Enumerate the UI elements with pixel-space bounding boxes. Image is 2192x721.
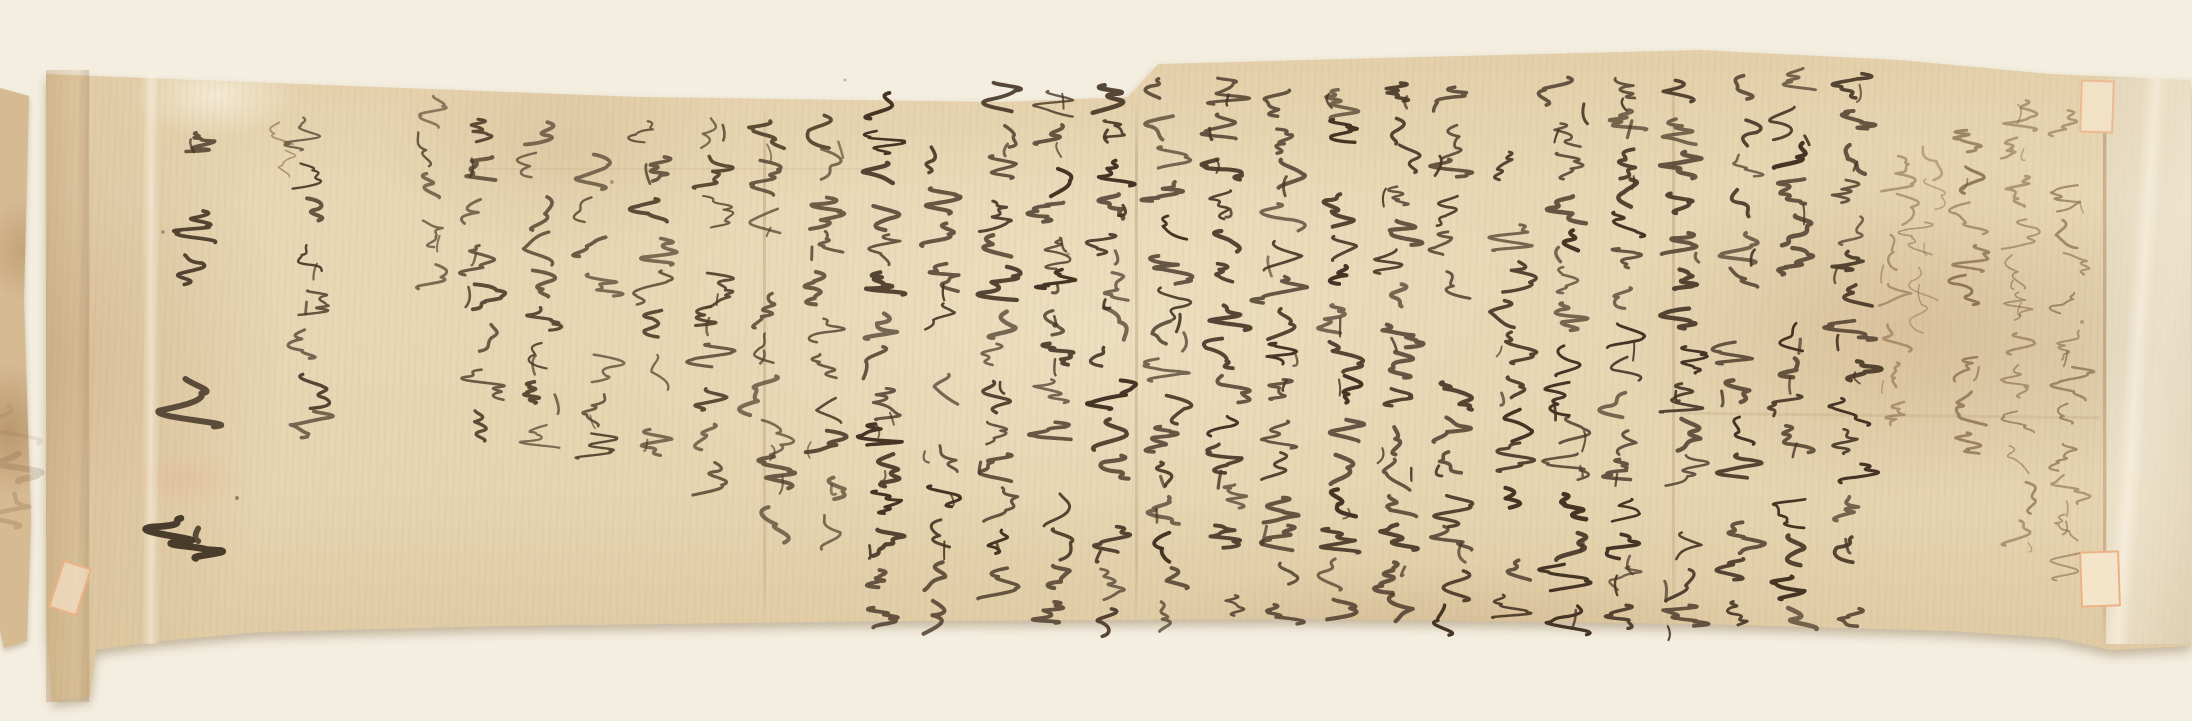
calligraphy-column [1027,91,1075,623]
brush-stroke [1771,577,1804,600]
brush-stroke [1778,179,1805,204]
brush-stroke [1383,459,1409,490]
brush-stroke [1608,324,1645,348]
brush-stroke [1712,342,1752,364]
brush-stroke [1052,529,1072,560]
brush-stroke [1162,216,1186,239]
brush-stroke [1539,564,1591,591]
brush-stroke [864,131,905,154]
brush-stroke [1834,497,1859,521]
brush-stroke [980,454,1012,481]
brush-stroke [1556,153,1583,179]
brush-tick [1554,402,1556,420]
brush-stroke [1617,431,1636,455]
brush-stroke [1145,427,1177,452]
brush-stroke [751,160,781,195]
brush-stroke [1847,361,1881,380]
brush-stroke [1619,149,1635,178]
calligraphy-column [460,119,506,441]
brush-stroke [573,237,606,256]
brush-stroke [1768,395,1802,416]
signature-column [146,379,223,558]
brush-stroke [418,132,431,166]
brush-stroke [2001,365,2028,398]
brush-stroke [1208,78,1250,104]
brush-stroke [739,376,778,415]
brush-stroke [1279,563,1297,584]
brush-stroke [1953,245,1989,271]
brush-stroke [1434,496,1473,527]
calligraphy-column [1251,90,1307,624]
brush-stroke [805,272,825,305]
brush-stroke [1507,560,1530,580]
brush-stroke [1269,380,1292,400]
brush-stroke [2057,331,2079,360]
brush-stroke [1251,277,1307,303]
brush-stroke [867,570,886,587]
brush-stroke [471,119,492,142]
brush-stroke [1726,380,1750,402]
brush-stroke [1261,421,1297,448]
brush-stroke [1886,402,1904,425]
brush-stroke [1216,264,1233,282]
brush-stroke [1380,525,1417,550]
brush-stroke [1660,309,1695,329]
brush-stroke [1034,380,1069,403]
brush-tick [1622,99,1627,111]
brush-stroke [982,344,1003,365]
brush-stroke [1437,196,1458,226]
brush-stroke [1264,498,1299,523]
brush-stroke [1717,454,1762,478]
brush-stroke [703,196,733,228]
brush-stroke [1048,566,1070,588]
ink-speck [161,230,164,233]
brush-tick [1436,466,1442,476]
brush-stroke [931,520,949,547]
brush-stroke [986,422,1007,444]
calligraphy-column [921,147,961,634]
brush-stroke [1666,455,1709,485]
brush-stroke [806,431,847,453]
brush-stroke [1210,191,1231,220]
ink-speck [610,180,614,184]
brush-tick [838,142,843,158]
brush-stroke [1261,204,1305,231]
brush-tick [1339,380,1340,396]
brush-stroke [693,463,727,496]
brush-stroke [2006,176,2030,206]
brush-stroke [0,406,41,444]
brush-stroke [1090,347,1103,366]
brush-stroke [940,446,957,472]
brush-stroke [873,530,904,556]
brush-stroke [1788,608,1816,629]
brush-tick [1882,381,1884,393]
brush-tick [1633,342,1634,361]
brush-stroke [1145,79,1159,98]
ink-speck [2080,320,2084,324]
brush-tick [1615,576,1617,595]
brush-stroke [821,149,841,179]
brush-tick [1054,316,1056,326]
brush-stroke [423,221,443,248]
brush-stroke [583,395,605,427]
brush-stroke [1842,111,1876,129]
brush-stroke [1556,346,1581,376]
brush-stroke [1506,332,1537,364]
brush-stroke [2001,138,2017,159]
brush-tick [767,144,771,161]
brush-stroke [1497,443,1535,472]
calligraphy-column [628,121,677,455]
brush-stroke [1783,68,1815,89]
brush-stroke [2005,255,2025,288]
brush-stroke [1743,120,1761,146]
brush-stroke [1224,485,1247,509]
brush-stroke [1732,190,1749,217]
brush-tick [1000,382,1004,393]
brush-stroke [989,156,1016,179]
brush-stroke [1034,125,1063,144]
brush-tick [646,165,650,184]
brush-stroke [926,188,961,213]
brush-tick [706,318,709,335]
brush-stroke [1489,225,1532,251]
brush-tick [1881,265,1883,282]
brush-stroke [873,206,899,230]
brush-stroke [812,354,837,378]
date-column [174,133,216,285]
brush-stroke [869,235,901,265]
brush-stroke [473,284,506,309]
brush-tick [1096,551,1100,562]
brush-stroke [701,118,716,148]
brush-stroke [1824,321,1876,340]
brush-stroke [2058,404,2073,424]
brush-tick [437,236,440,252]
brush-stroke [984,488,1018,522]
brush-stroke [574,197,592,222]
brush-stroke [1431,526,1472,550]
brush-stroke [1093,85,1123,113]
brush-stroke [687,344,735,367]
brush-stroke [533,270,555,296]
brush-stroke [863,347,886,379]
brush-stroke [1217,376,1250,403]
brush-stroke [866,272,905,294]
brush-tick [2067,501,2068,516]
brush-stroke [1832,180,1859,203]
calligraphy-column-short [416,96,446,289]
brush-stroke [1214,231,1240,252]
brush-tick [1115,251,1118,264]
brush-stroke [2026,482,2036,513]
brush-stroke [1506,488,1521,508]
brush-stroke [1434,87,1467,111]
brush-tick [1722,391,1723,406]
brush-stroke [1605,605,1632,628]
brush-stroke [1343,376,1361,403]
brush-stroke [1029,422,1071,439]
calligraphy-column [1429,87,1473,635]
brush-stroke [762,420,794,455]
brush-stroke [924,601,945,634]
calligraphy-column [1660,80,1709,640]
brush-stroke [1663,605,1709,626]
brush-stroke [586,274,623,296]
brush-tick [195,528,198,541]
brush-stroke [1033,91,1073,117]
brush-stroke [1547,196,1586,223]
brush-tick [1405,97,1407,109]
brush-stroke [926,147,935,173]
brush-stroke [1730,268,1757,287]
calligraphy-column [1538,77,1591,634]
calligraphy-column [805,115,847,549]
brush-stroke [1144,359,1189,382]
brush-stroke [2002,411,2035,432]
brush-stroke [1327,600,1356,620]
brush-stroke [299,291,329,315]
brush-stroke [1035,270,1075,289]
brush-stroke [1888,235,1896,270]
brush-stroke [1045,238,1070,269]
brush-stroke [1331,489,1356,516]
calligraphy-column [739,121,795,542]
brush-stroke [816,398,841,423]
brush-stroke [641,238,677,265]
brush-stroke [1954,357,1977,381]
brush-stroke [1321,529,1360,553]
brush-tick [760,351,764,364]
brush-stroke [1909,267,1938,300]
brush-stroke [576,155,610,190]
brush-stroke [1879,284,1911,306]
brush-stroke [1389,595,1413,621]
brush-stroke [1910,305,1927,333]
brush-stroke [1614,288,1632,309]
brush-stroke [1267,343,1297,364]
brush-stroke [1051,169,1072,197]
calligraphy-column [1201,78,1250,616]
brush-stroke [0,494,29,527]
brush-stroke [0,454,41,482]
brush-tick [1062,94,1063,109]
brush-stroke [1783,426,1814,453]
brush-tick [869,546,870,559]
brush-stroke [1613,212,1645,237]
brush-stroke [1391,284,1407,306]
calligraphy-ink-layer [0,0,2192,721]
brush-stroke [695,389,727,410]
brush-stroke [1154,533,1169,562]
brush-tick [1695,253,1698,262]
brush-stroke [1433,418,1471,442]
brush-stroke [1492,595,1531,618]
brush-stroke [924,562,945,590]
brush-stroke [1033,602,1064,623]
calligraphy-column-faded [2049,110,2094,580]
calligraphy-column [1489,152,1537,618]
brush-stroke [695,424,717,449]
brush-stroke [1330,120,1357,143]
brush-stroke [1027,203,1063,222]
brush-stroke [2002,219,2040,249]
brush-stroke [1778,248,1813,275]
brush-stroke [1202,160,1242,180]
brush-stroke [1606,534,1639,558]
brush-stroke [2007,333,2035,354]
brush-stroke [1733,155,1763,176]
brush-stroke [1770,107,1795,140]
brush-tick [1004,144,1008,156]
calligraphy-column [687,118,735,495]
fragment-ink-trace [0,406,41,528]
brush-stroke [1839,217,1863,245]
calligraphy-column [858,93,906,628]
brush-stroke [1949,203,1987,235]
brush-tick [1572,610,1576,629]
brush-stroke [1104,308,1127,340]
brush-stroke [979,201,1011,231]
brush-stroke [1087,380,1136,409]
brush-tick [1282,380,1286,391]
brush-stroke [2004,292,2033,320]
brush-stroke [1226,595,1245,615]
brush-tick [881,471,886,482]
brush-stroke [1954,130,1982,152]
brush-tick [1378,448,1384,463]
calligraphy-column-faded [2001,100,2040,552]
brush-stroke [1167,396,1192,424]
brush-stroke [1330,342,1364,372]
brush-stroke [525,122,554,144]
brush-tick [472,254,476,265]
brush-stroke [1201,114,1236,139]
brush-stroke [1167,568,1188,588]
brush-stroke [1330,266,1347,284]
brush-stroke [1773,499,1805,528]
brush-stroke [1897,194,1919,225]
brush-stroke [753,293,775,328]
brush-stroke [872,491,902,514]
brush-stroke [2051,367,2095,400]
brush-tick [2080,201,2084,213]
calligraphy-column-faded [1949,130,1989,453]
brush-stroke [1141,182,1183,201]
calligraphy-column [1374,83,1423,621]
brush-tick [1056,143,1061,157]
brush-stroke [650,157,670,181]
brush-stroke [460,246,495,276]
brush-stroke [1332,236,1356,260]
brush-stroke [1676,533,1701,560]
brush-stroke [293,163,321,188]
brush-stroke [925,304,954,330]
brush-stroke [1881,156,1915,191]
brush-stroke [307,198,322,220]
brush-stroke [1564,230,1578,250]
brush-stroke [576,433,618,458]
brush-tick [1918,285,1921,305]
brush-stroke [1612,499,1640,521]
brush-stroke [927,486,960,507]
brush-tick [1627,121,1632,138]
brush-stroke [1612,249,1641,268]
brush-stroke [1267,605,1305,624]
brush-stroke [1383,325,1424,348]
brush-stroke [821,515,840,549]
brush-stroke [1097,609,1116,636]
brush-stroke [2051,475,2090,504]
brush-stroke [934,374,958,404]
brush-stroke [1663,80,1694,101]
brush-tick [1789,378,1790,394]
calligraphy-column [1086,85,1136,636]
brush-stroke [1956,392,1986,425]
brush-stroke [1384,389,1412,406]
brush-tick [1054,359,1055,375]
brush-stroke [1434,605,1453,635]
brush-stroke [480,325,498,352]
brush-stroke [693,156,733,188]
brush-stroke [696,307,716,326]
brush-stroke [520,425,560,448]
brush-tick [1217,160,1219,173]
brush-stroke [1839,609,1864,627]
brush-stroke [531,197,552,230]
brush-tick [1161,477,1165,487]
brush-stroke [644,310,662,337]
brush-stroke [1844,285,1872,306]
brush-tick [2011,280,2013,289]
brush-tick [1554,130,1558,142]
brush-stroke [2049,444,2076,471]
brush-tick [1177,314,1181,331]
brush-stroke [1660,152,1701,178]
brush-stroke [1443,125,1462,158]
brush-stroke [2064,253,2089,275]
brush-stroke [1716,559,1743,580]
brush-stroke [807,115,831,148]
brush-stroke [1101,569,1125,600]
brush-stroke [641,429,671,455]
brush-stroke [1835,537,1853,562]
brush-stroke [630,199,667,222]
brush-stroke [1833,429,1858,453]
brush-stroke [1399,145,1420,173]
brush-stroke [1440,452,1462,473]
brush-stroke [1490,301,1514,328]
brush-stroke [1390,352,1413,377]
brush-stroke [2050,553,2079,580]
brush-stroke [819,231,843,252]
brush-tick [1501,393,1504,405]
brush-stroke [921,223,954,246]
brush-stroke [158,379,221,427]
brush-stroke [1663,119,1696,144]
brush-stroke [2051,185,2080,211]
brush-stroke [983,235,1011,257]
brush-stroke [1429,232,1452,255]
brush-stroke [1150,256,1192,284]
brush-stroke [761,507,788,542]
calligraphy-column [1141,79,1192,632]
brush-stroke [2002,521,2030,546]
ink-speck [1494,176,1497,179]
brush-stroke [1892,363,1900,387]
